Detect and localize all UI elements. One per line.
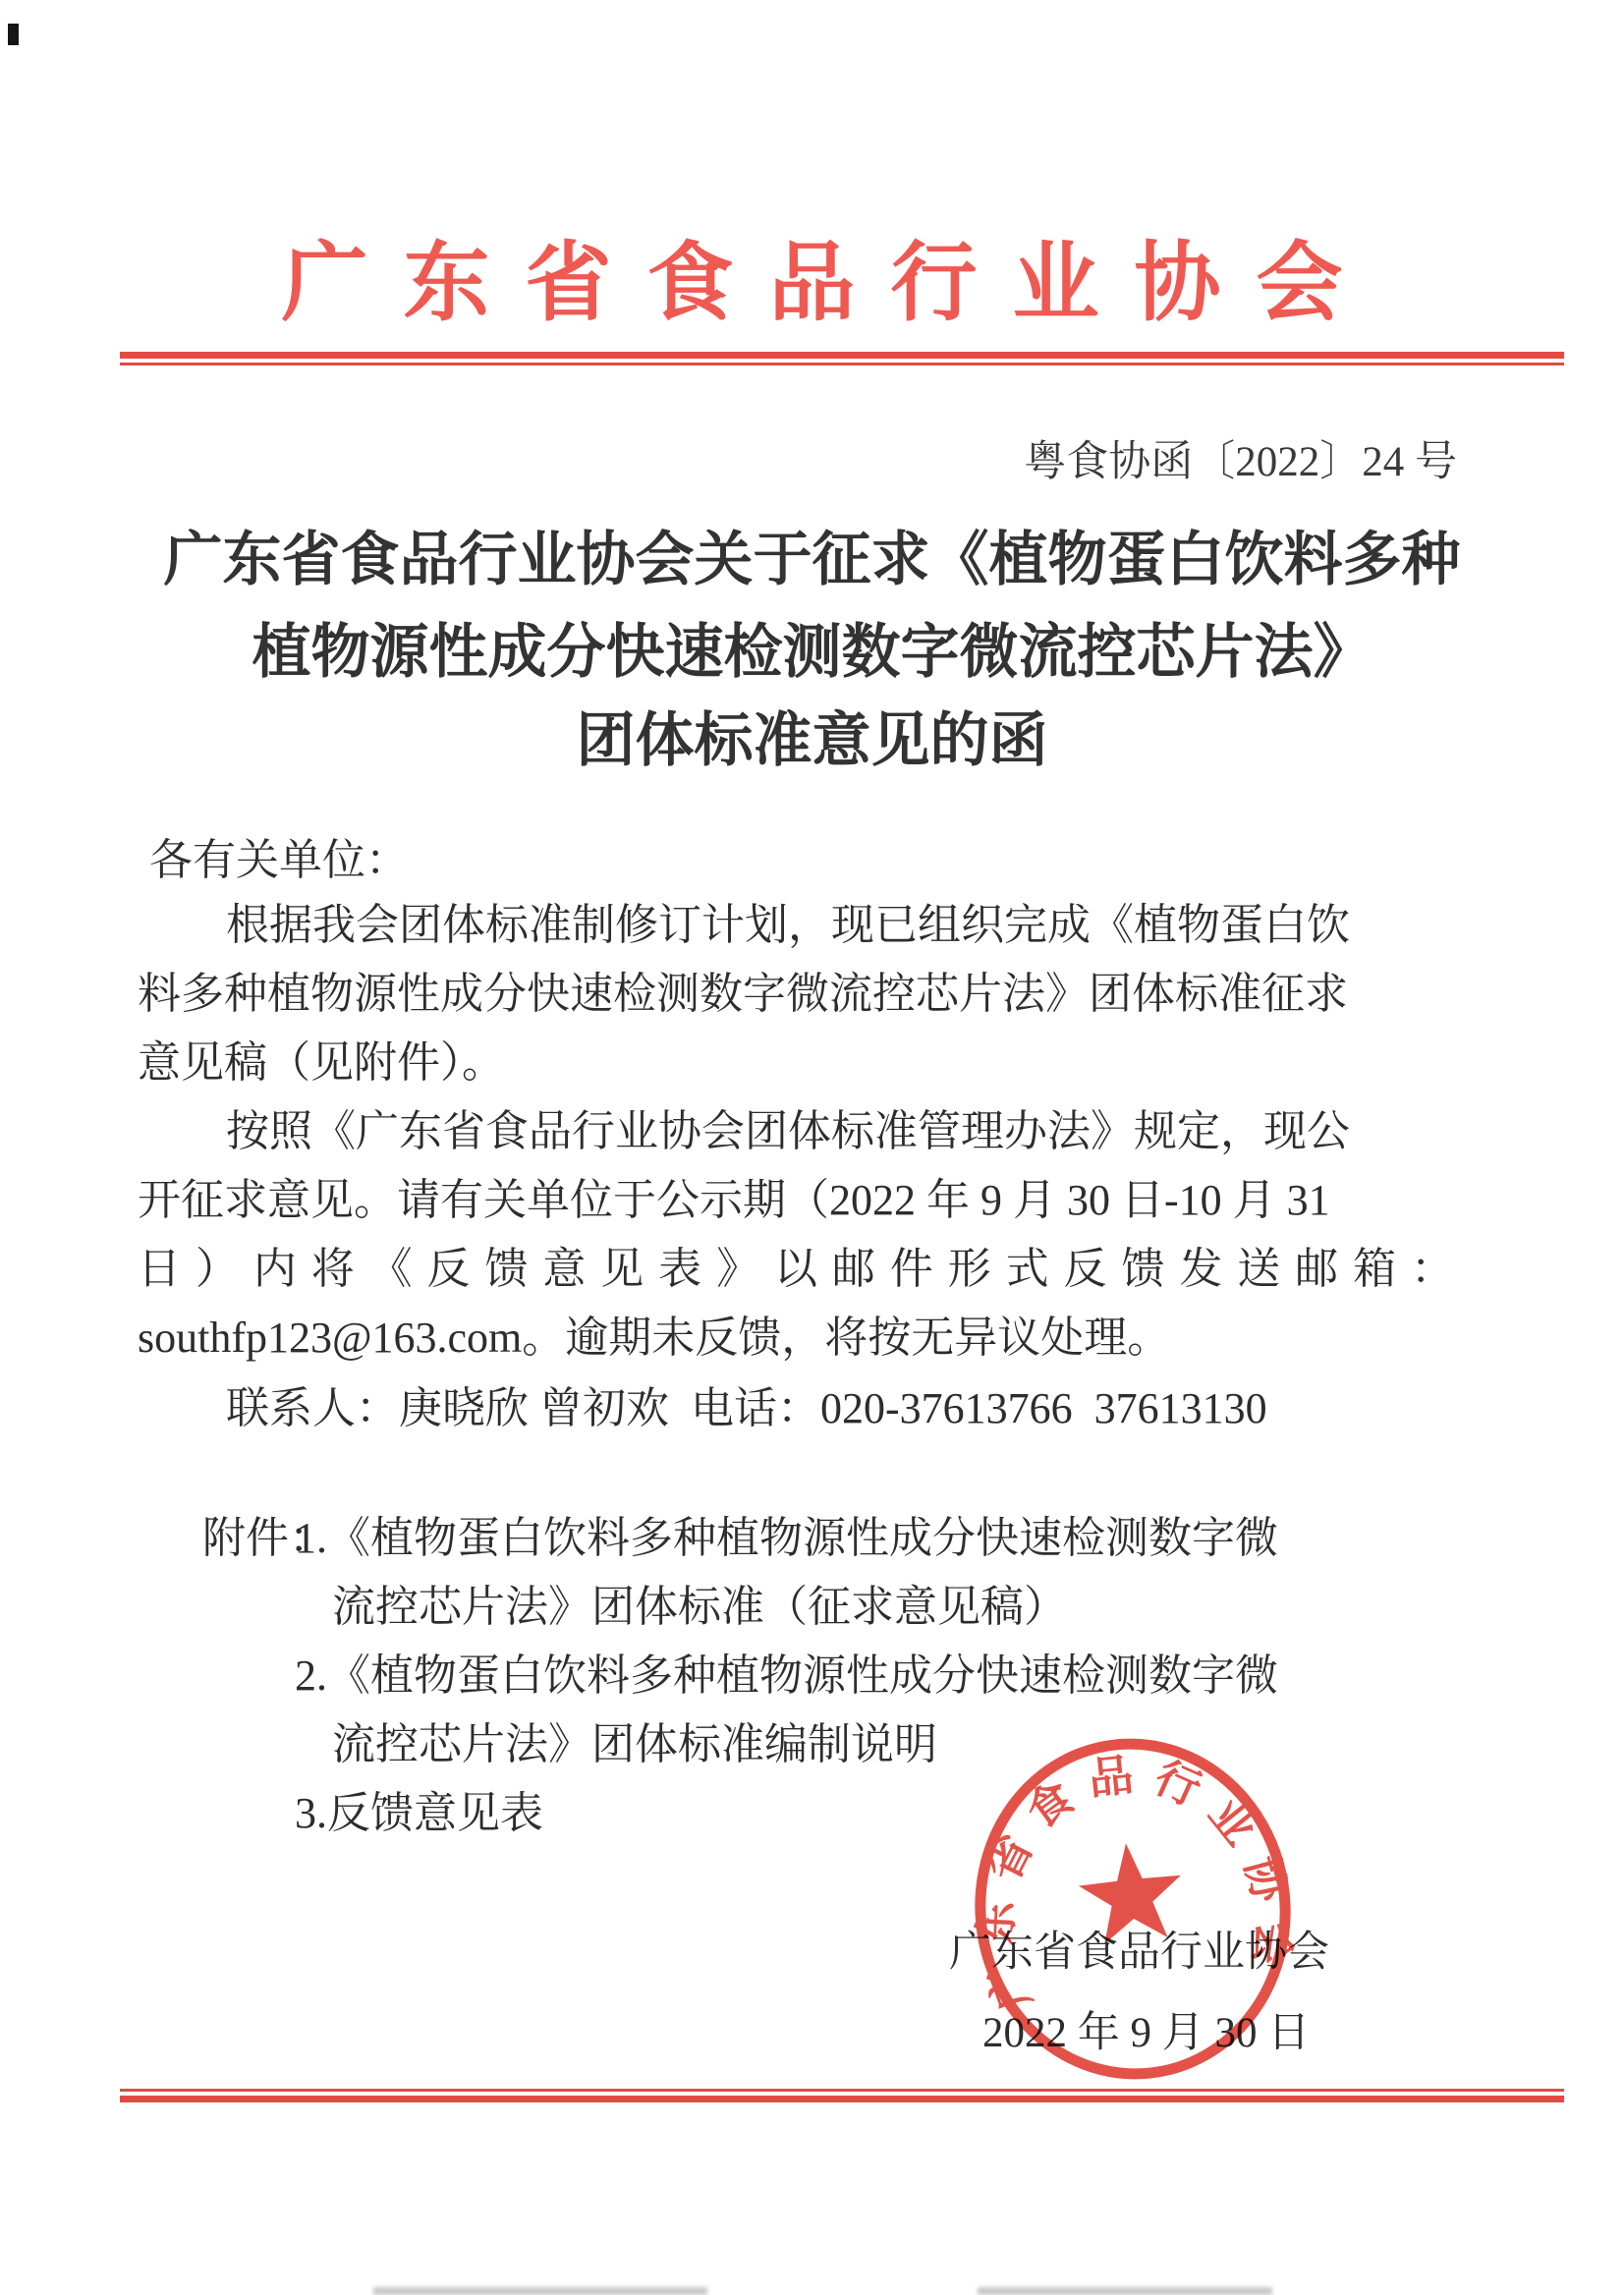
body-line: 料多种植物源性成分快速检测数字微流控芯片法》团体标准征求 xyxy=(138,969,1348,1021)
document-title-line-3: 团体标准意见的函 xyxy=(0,694,1624,778)
letter-document-page: 广东省食品行业协会 粤食协函〔2022〕24 号 广东省食品行业协会关于征求《植… xyxy=(0,0,1624,2295)
footer-double-rule xyxy=(120,2089,1564,2102)
document-title-line-2: 植物源性成分快速检测数字微流控芯片法》 xyxy=(0,605,1624,690)
body-line-email: southfp123@163.com。逾期未反馈，将按无异议处理。 xyxy=(138,1313,1170,1365)
body-line: 开征求意见。请有关单位于公示期（2022 年 9 月 30 日-10 月 31 xyxy=(138,1175,1330,1227)
attachment-item-3: 3.反馈意见表 xyxy=(295,1788,543,1840)
salutation: 各有关单位： xyxy=(149,835,409,887)
body-line-contact: 联系人：庚晓欣 曾初欢 电话：020-37613766 37613130 xyxy=(226,1383,1267,1435)
header-double-rule xyxy=(120,352,1564,365)
attachment-item-1-line-1: 1.《植物蛋白饮料多种植物源性成分快速检测数字微 xyxy=(295,1513,1278,1565)
body-line: 根据我会团体标准制修订计划，现已组织完成《植物蛋白饮 xyxy=(226,900,1350,952)
document-reference-number: 粤食协函〔2022〕24 号 xyxy=(1024,428,1457,488)
footer-rule-thick-line xyxy=(120,2096,1564,2102)
header-rule-thin-line xyxy=(120,363,1564,365)
attachment-item-2-line-2: 流控芯片法》团体标准编制说明 xyxy=(332,1719,937,1771)
header-rule-thick-line xyxy=(120,352,1564,359)
scan-artifact-bottom-left xyxy=(373,2287,707,2295)
attachment-item-2-line-1: 2.《植物蛋白饮料多种植物源性成分快速检测数字微 xyxy=(295,1651,1278,1703)
scan-artifact-bottom-right xyxy=(978,2287,1272,2295)
document-title-line-1: 广东省食品行业协会关于征求《植物蛋白饮料多种 xyxy=(0,513,1624,597)
body-line: 按照《广东省食品行业协会团体标准管理办法》规定，现公 xyxy=(226,1106,1350,1158)
attachment-item-1-line-2: 流控芯片法》团体标准（征求意见稿） xyxy=(332,1582,1067,1634)
official-seal: 广东省食品行业协会 xyxy=(951,1717,1315,2101)
letterhead-org-name: 广东省食品行业协会 xyxy=(0,214,1624,338)
body-line: 意见稿（见附件）。 xyxy=(138,1037,505,1090)
body-line: 日）内将《反馈意见表》以邮件形式反馈发送邮箱： xyxy=(138,1244,1454,1296)
seal-star-icon xyxy=(1075,1838,1187,1946)
scan-artifact-top-left xyxy=(8,24,19,45)
